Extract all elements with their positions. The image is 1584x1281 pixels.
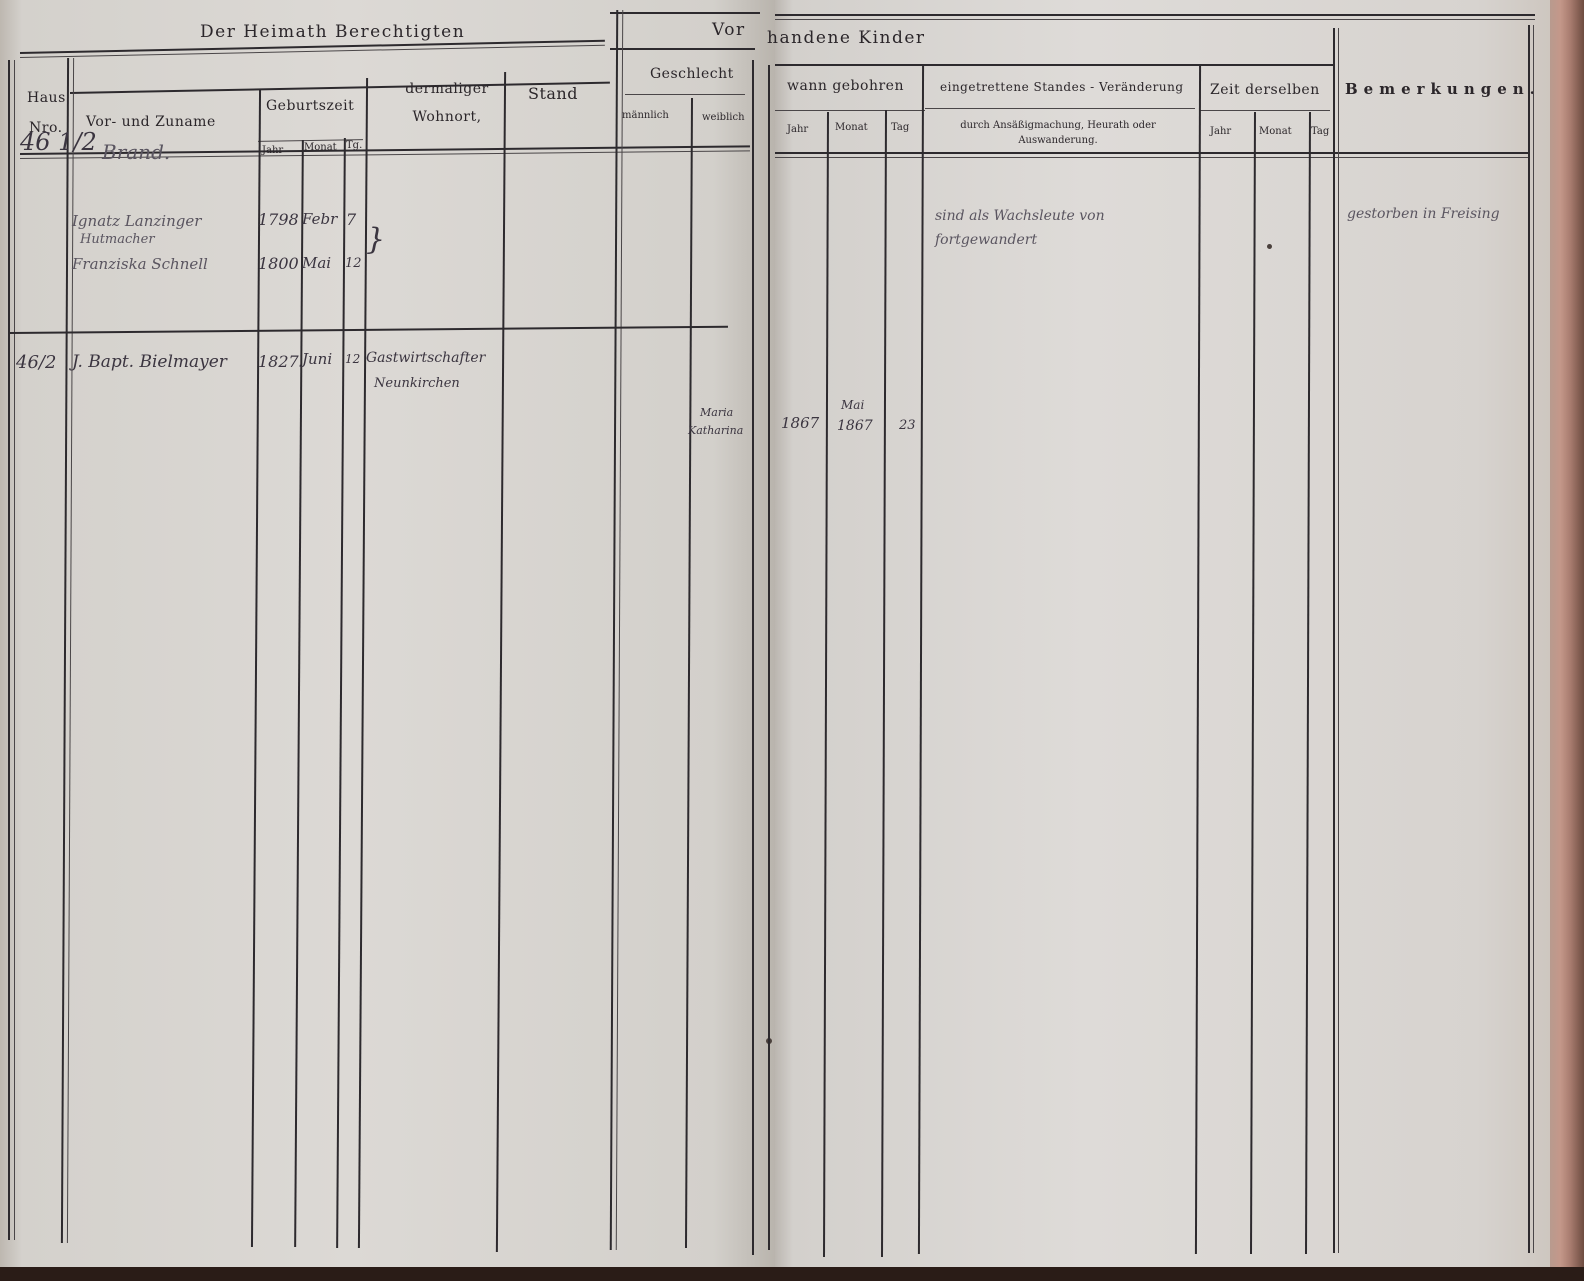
entry-2-kind-jahr: 1867 — [781, 414, 819, 432]
col-header-wann-gebohren: wann gebohren — [787, 78, 904, 94]
ink-spot — [1267, 244, 1272, 249]
col-header-geb-tag: Tg. — [346, 140, 362, 151]
col-header-weiblich: weiblich — [702, 112, 745, 123]
col-header-standes-sub: durch Ansäßigmachung, Heurath oder Auswa… — [933, 118, 1183, 148]
entry-2-monat: Juni — [302, 350, 332, 368]
book-shadow — [0, 1267, 1584, 1281]
subheader-rule — [775, 64, 1335, 66]
left-page: Der Heimath Berechtigten Vor Haus Nro. V… — [0, 0, 775, 1270]
entry-2-wohnort-2: Neunkirchen — [374, 376, 460, 391]
col-header-zeit-monat: Monat — [1259, 126, 1292, 137]
col-line-right-edge-inner — [1533, 25, 1534, 1253]
col-line-zeit-tag — [1333, 28, 1335, 1253]
col-header-geb-jahr: Jahr — [262, 145, 283, 156]
col-line-kind-jahr — [823, 112, 829, 1257]
entry-1-tag-2: 12 — [345, 256, 362, 271]
col-line-right-edge — [1528, 25, 1530, 1253]
right-page: handene Kinder wann gebohren Jahr Monat … — [775, 0, 1555, 1270]
col-header-zeit-jahr: Jahr — [1210, 126, 1231, 137]
col-line-weiblich — [752, 60, 754, 1255]
col-line-maennlich — [685, 98, 693, 1248]
col-header-zeit-tag: Tag — [1311, 126, 1329, 137]
col-line-left-edge — [768, 65, 770, 1250]
entry-2-kind-monat-1: Mai — [841, 398, 864, 412]
entry-2-wohnort-1: Gastwirtschafter — [366, 350, 485, 366]
entry-2-kind-name-2: Katharina — [688, 424, 743, 437]
entry-1-haus-nro: 46 1/2 — [20, 128, 97, 156]
entry-2-kind-tag: 23 — [899, 418, 916, 433]
page-title-left: Der Heimath Berechtigten — [200, 22, 465, 42]
header-bottom-rule — [775, 152, 1530, 154]
entry-2-jahr: 1827 — [258, 352, 299, 371]
entry-1-jahr-2: 1800 — [258, 254, 299, 273]
entry-2-kind-monat-2: 1867 — [837, 418, 873, 434]
subheader-rule-right — [610, 48, 755, 50]
col-header-stand: Stand — [528, 84, 578, 103]
entry-2-haus-nro: 46/2 — [16, 352, 56, 373]
col-line-zeit-tag-inner — [1338, 28, 1339, 1253]
page-title-right: handene Kinder — [767, 28, 926, 48]
col-line-outer-inner — [14, 60, 15, 1240]
col-line-jahr — [294, 140, 304, 1247]
col-header-kind-tag: Tag — [891, 122, 909, 133]
col-header-geb-monat: Monat — [304, 142, 337, 153]
zeit-sub-rule — [1200, 110, 1330, 111]
col-header-kind-monat: Monat — [835, 122, 868, 133]
entry-1-standes-line-1: sind als Wachsleute von — [935, 208, 1105, 224]
standes-sub-rule — [925, 108, 1195, 109]
col-header-geschlecht: Geschlecht — [650, 66, 734, 82]
entry-1-standes-line-2: fortgewandert — [935, 232, 1037, 248]
col-line-outer — [8, 60, 10, 1240]
col-line-zeit-jahr — [1250, 112, 1256, 1254]
col-header-wohnort: dermaliger Wohnort, — [392, 75, 502, 131]
col-header-maennlich: männlich — [622, 110, 669, 121]
entry-1-name-line-1: Ignatz Lanzinger — [72, 212, 201, 230]
entry-1-header-note: Brand. — [102, 140, 170, 164]
entry-2-name: J. Bapt. Bielmayer — [72, 352, 227, 372]
entry-2-kind-name-1: Maria — [700, 406, 733, 419]
entry-1-monat-2: Mai — [302, 254, 331, 272]
header-top-rule-inner — [775, 19, 1535, 20]
col-header-standes-veraenderung: eingetrettene Standes - Veränderung — [940, 80, 1184, 94]
col-line-wohnort — [496, 72, 506, 1252]
entry-1-bemerkungen: gestorben in Freising — [1347, 206, 1500, 222]
col-line-kind-tag — [918, 64, 924, 1254]
col-line-zeit-monat — [1305, 112, 1311, 1254]
col-header-name: Vor- und Zuname — [86, 114, 216, 130]
header-top-rule-right — [610, 12, 760, 14]
header-top-rule — [775, 14, 1535, 16]
geschlecht-sub-rule — [625, 94, 745, 95]
entry-1-tag-1: 7 — [346, 210, 356, 229]
entry-1-monat-1: Febr — [302, 210, 337, 228]
col-header-zeit-derselben: Zeit derselben — [1210, 82, 1320, 98]
wann-sub-rule — [775, 110, 925, 111]
page-edge — [1550, 0, 1584, 1281]
entry-1-name-line-2: Hutmacher — [80, 232, 155, 247]
header-bottom-rule-inner — [775, 157, 1530, 158]
col-header-geburtszeit: Geburtszeit — [266, 98, 354, 114]
col-header-haus: Haus — [27, 90, 66, 106]
page-title-continuation: Vor — [712, 20, 746, 40]
col-line-standes — [1195, 64, 1201, 1254]
entry-1-name-line-3: Franziska Schnell — [72, 255, 208, 273]
entry-2-tag: 12 — [345, 352, 360, 366]
col-header-bemerkungen: Bemerkungen. — [1345, 80, 1541, 98]
col-line-kind-monat — [881, 110, 887, 1257]
entry-1-bracket-icon: } — [366, 222, 385, 257]
col-header-kind-jahr: Jahr — [787, 124, 808, 135]
entry-1-jahr-1: 1798 — [258, 210, 299, 229]
col-line-monat — [336, 138, 346, 1248]
